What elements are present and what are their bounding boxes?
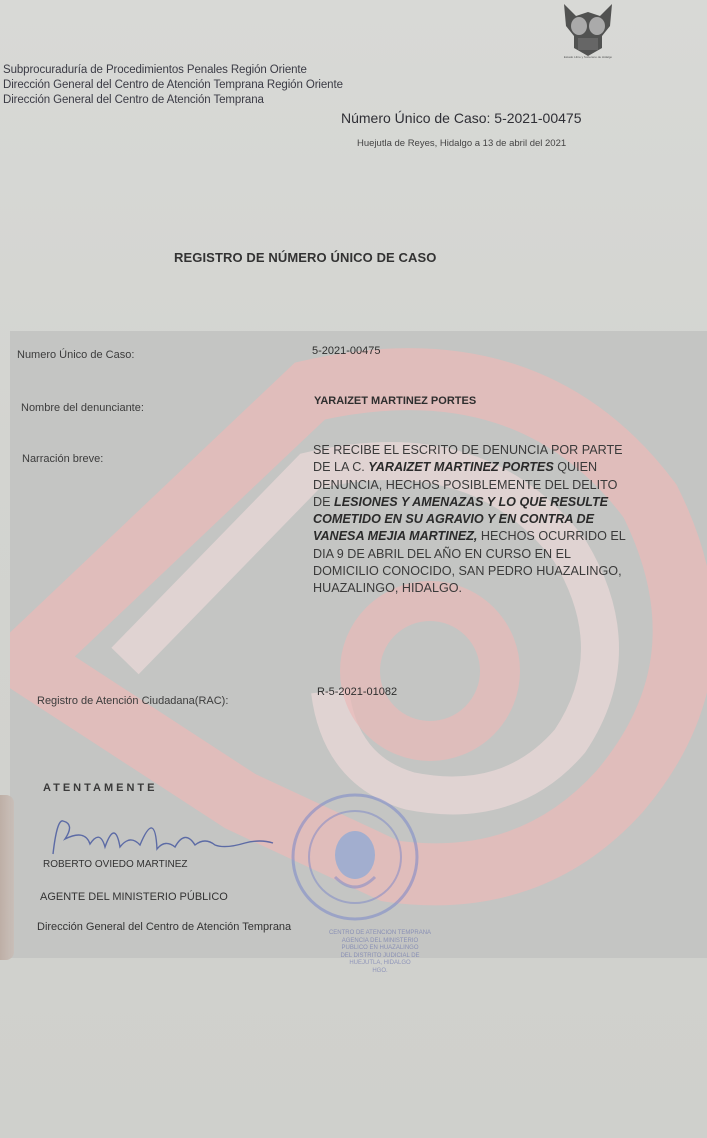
narrative-text: SE RECIBE EL ESCRITO DE DENUNCIA POR PAR… xyxy=(313,442,633,598)
stamp-line: PUBLICO EN HUAZALINGO xyxy=(295,945,465,953)
case-number-value: 5-2021-00475 xyxy=(312,345,381,357)
place-date: Huejutla de Reyes, Hidalgo a 13 de abril… xyxy=(357,138,566,149)
stamp-line: AGENCIA DEL MINISTERIO xyxy=(295,938,465,946)
emblem-caption: Estado Libre y Soberano de Hidalgo xyxy=(557,55,619,59)
signer-department: Dirección General del Centro de Atención… xyxy=(37,921,291,933)
header-line-3: Dirección General del Centro de Atención… xyxy=(3,94,264,106)
header-line-1: Subprocuraduría de Procedimientos Penale… xyxy=(3,64,307,76)
document-title: REGISTRO DE NÚMERO ÚNICO DE CASO xyxy=(174,250,437,265)
closing-text: ATENTAMENTE xyxy=(43,782,157,794)
case-number-header: Número Único de Caso: 5-2021-00475 xyxy=(341,110,581,126)
signer-role: AGENTE DEL MINISTERIO PÚBLICO xyxy=(40,891,228,903)
stamp-line: HGO. xyxy=(295,968,465,976)
narrative-segment: YARAIZET MARTINEZ PORTES xyxy=(368,460,553,474)
signer-name: ROBERTO OVIEDO MARTINEZ xyxy=(43,859,187,870)
rac-label: Registro de Atención Ciudadana(RAC): xyxy=(37,695,228,707)
stamp-line: CENTRO DE ATENCION TEMPRANA xyxy=(295,930,465,938)
narrative-label: Narración breve: xyxy=(22,453,103,465)
stamp-line: DEL DISTRITO JUDICIAL DE xyxy=(295,953,465,961)
finger-edge xyxy=(0,795,14,960)
official-seal-icon xyxy=(285,787,425,927)
rac-value: R-5-2021-01082 xyxy=(317,686,397,698)
stamp-line: HUEJUTLA, HIDALGO xyxy=(295,960,465,968)
state-emblem-icon xyxy=(558,2,618,60)
case-number-label: Numero Único de Caso: xyxy=(17,349,134,361)
stamp-text: CENTRO DE ATENCION TEMPRANA AGENCIA DEL … xyxy=(295,930,465,975)
document-page: Estado Libre y Soberano de Hidalgo Subpr… xyxy=(0,0,707,1138)
header-line-2: Dirección General del Centro de Atención… xyxy=(3,79,343,91)
complainant-label: Nombre del denunciante: xyxy=(21,402,144,414)
complainant-value: YARAIZET MARTINEZ PORTES xyxy=(314,395,476,407)
